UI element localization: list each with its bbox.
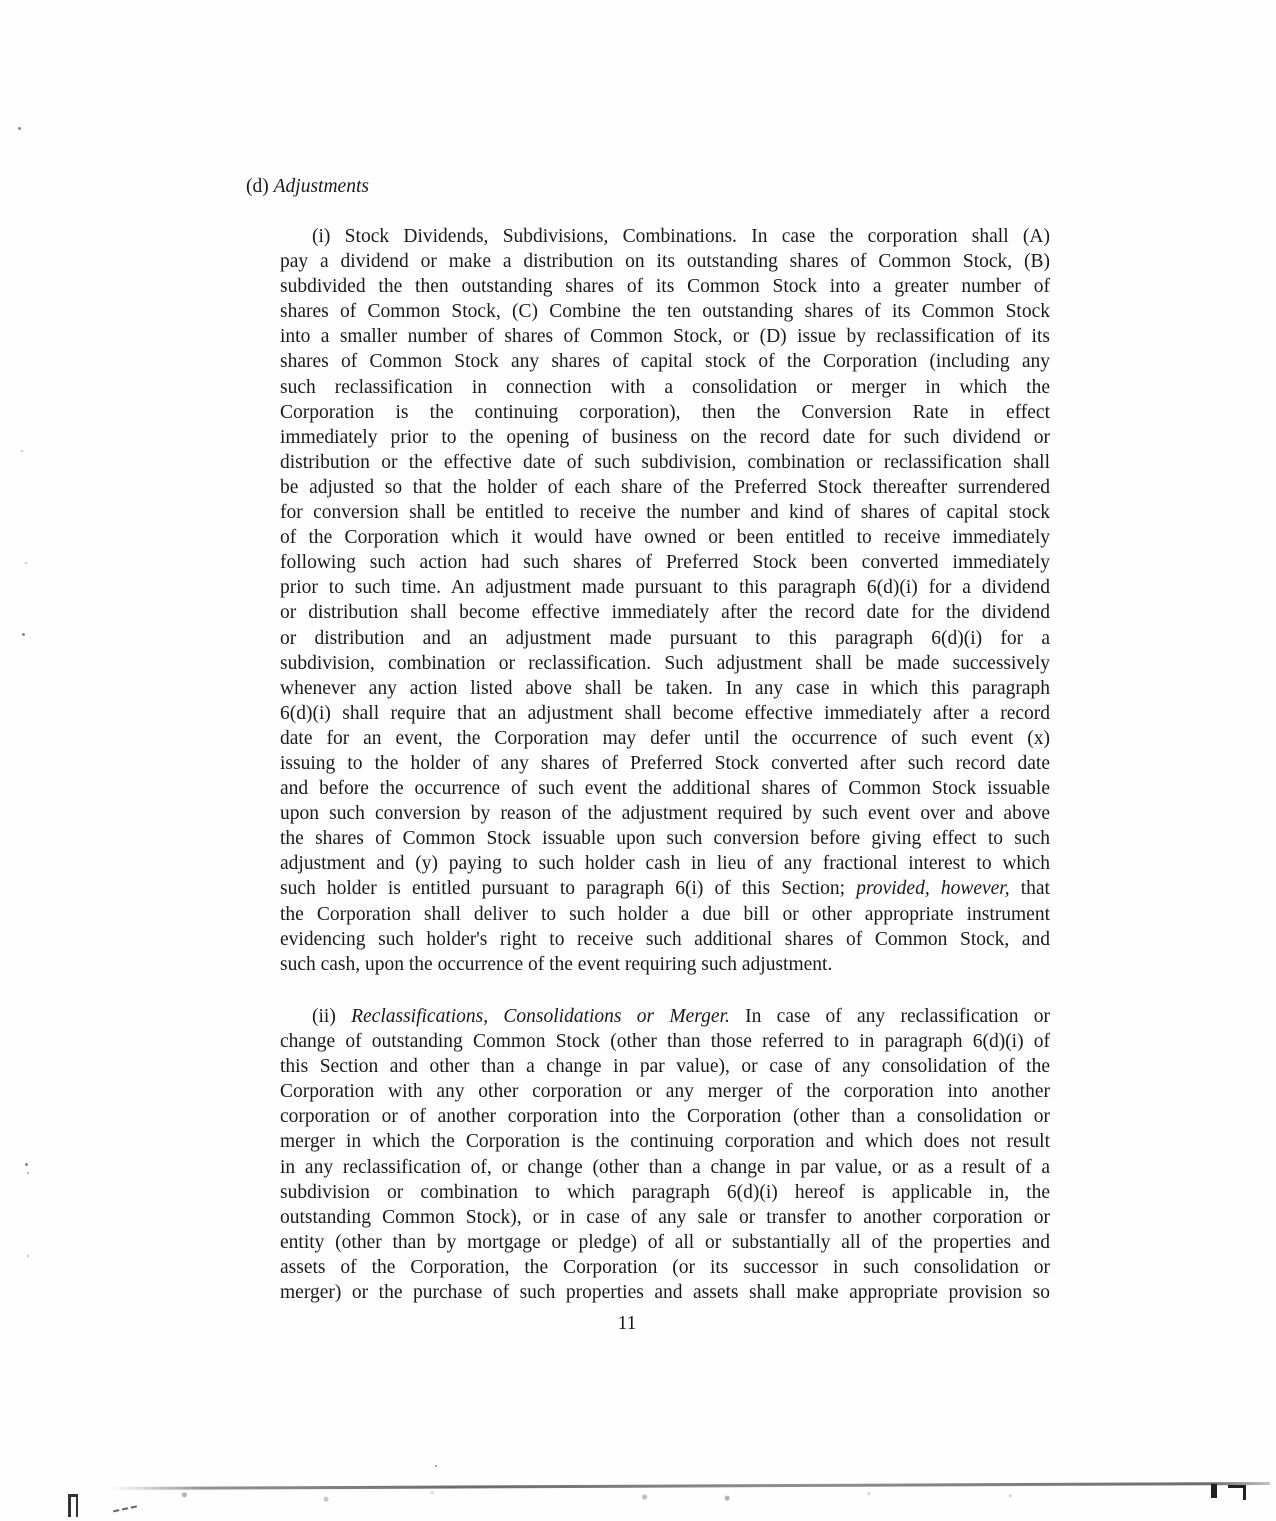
scan-speck bbox=[21, 450, 23, 452]
scan-speck bbox=[22, 633, 25, 636]
provided-however-italic: provided, however, bbox=[856, 878, 1009, 899]
text-line: merger in which the Corporation is the c… bbox=[280, 1129, 1050, 1154]
text-line: upon such conversion by reason of the ad… bbox=[280, 801, 1050, 826]
text-line: such reclassification in connection with… bbox=[280, 375, 1050, 400]
text-line: 6(d)(i) shall require that an adjustment… bbox=[280, 701, 1050, 726]
text-line: adjustment and (y) paying to such holder… bbox=[280, 851, 1050, 876]
text-line: pay a dividend or make a distribution on… bbox=[280, 249, 1050, 274]
text-line: date for an event, the Corporation may d… bbox=[280, 726, 1050, 751]
text-line: issuing to the holder of any shares of P… bbox=[280, 751, 1050, 776]
text-line: subdivision, combination or reclassifica… bbox=[280, 651, 1050, 676]
text-line: following such action had such shares of… bbox=[280, 550, 1050, 575]
text-line: for conversion shall be entitled to rece… bbox=[280, 500, 1050, 525]
text-line: and before the occurrence of such event … bbox=[280, 776, 1050, 801]
text-line: shares of Common Stock any shares of cap… bbox=[280, 349, 1050, 374]
scan-speck bbox=[18, 127, 21, 130]
scan-speck bbox=[435, 1465, 437, 1467]
text-line: Corporation with any other corporation o… bbox=[280, 1079, 1050, 1104]
text-line: of the Corporation which it would have o… bbox=[280, 525, 1050, 550]
text-line: in any reclassification of, or change (o… bbox=[280, 1155, 1050, 1180]
text-line: or distribution shall become effective i… bbox=[280, 600, 1050, 625]
text-line: prior to such time. An adjustment made p… bbox=[280, 575, 1050, 600]
scan-mark-right bbox=[1211, 1484, 1217, 1498]
scan-mark-left bbox=[68, 1494, 78, 1517]
paragraph-stock-dividends: (i) Stock Dividends, Subdivisions, Combi… bbox=[280, 224, 1050, 977]
text-line: be adjusted so that the holder of each s… bbox=[280, 475, 1050, 500]
text-line: (ii) Reclassifications, Consolidations o… bbox=[280, 1004, 1050, 1029]
text-line: distribution or the effective date of su… bbox=[280, 450, 1050, 475]
text-line: the shares of Common Stock issuable upon… bbox=[280, 826, 1050, 851]
text-line: such holder is entitled pursuant to para… bbox=[280, 876, 1050, 901]
text-line: corporation or of another corporation in… bbox=[280, 1104, 1050, 1129]
text-line: subdivided the then outstanding shares o… bbox=[280, 274, 1050, 299]
text-line: into a smaller number of shares of Commo… bbox=[280, 324, 1050, 349]
text-line: assets of the Corporation, the Corporati… bbox=[280, 1255, 1050, 1280]
scan-mark-right-bracket bbox=[1228, 1485, 1246, 1500]
text-line: immediately prior to the opening of busi… bbox=[280, 425, 1050, 450]
text-line: merger) or the purchase of such properti… bbox=[280, 1280, 1050, 1305]
text-line: the Corporation shall deliver to such ho… bbox=[280, 902, 1050, 927]
document-page: (d) Adjustments (i) Stock Dividends, Sub… bbox=[0, 0, 1276, 1521]
page-number: 11 bbox=[0, 1313, 1276, 1335]
text-line: change of outstanding Common Stock (othe… bbox=[280, 1029, 1050, 1054]
text-line: (i) Stock Dividends, Subdivisions, Combi… bbox=[280, 224, 1050, 249]
scan-speck bbox=[27, 1255, 29, 1257]
scan-speck bbox=[25, 562, 27, 564]
paragraph-reclassifications: (ii) Reclassifications, Consolidations o… bbox=[280, 1004, 1050, 1305]
text-line: whenever any action listed above shall b… bbox=[280, 676, 1050, 701]
text-line: subdivision or combination to which para… bbox=[280, 1180, 1050, 1205]
text-line: such cash, upon the occurrence of the ev… bbox=[280, 952, 1050, 977]
text-line: entity (other than by mortgage or pledge… bbox=[280, 1230, 1050, 1255]
subsection-title-italic: Reclassifications, Consolidations or Mer… bbox=[351, 1006, 730, 1027]
section-heading: (d) Adjustments bbox=[246, 174, 369, 199]
section-title: Adjustments bbox=[274, 176, 369, 197]
text-line: Corporation is the continuing corporatio… bbox=[280, 400, 1050, 425]
text-line: outstanding Common Stock), or in case of… bbox=[280, 1205, 1050, 1230]
scan-speck bbox=[27, 1172, 29, 1174]
text-line: or distribution and an adjustment made p… bbox=[280, 626, 1050, 651]
section-label: (d) bbox=[246, 176, 269, 197]
text-line: evidencing such holder's right to receiv… bbox=[280, 927, 1050, 952]
text-line: shares of Common Stock, (C) Combine the … bbox=[280, 299, 1050, 324]
text-line: this Section and other than a change in … bbox=[280, 1054, 1050, 1079]
scan-speck bbox=[25, 1163, 28, 1166]
